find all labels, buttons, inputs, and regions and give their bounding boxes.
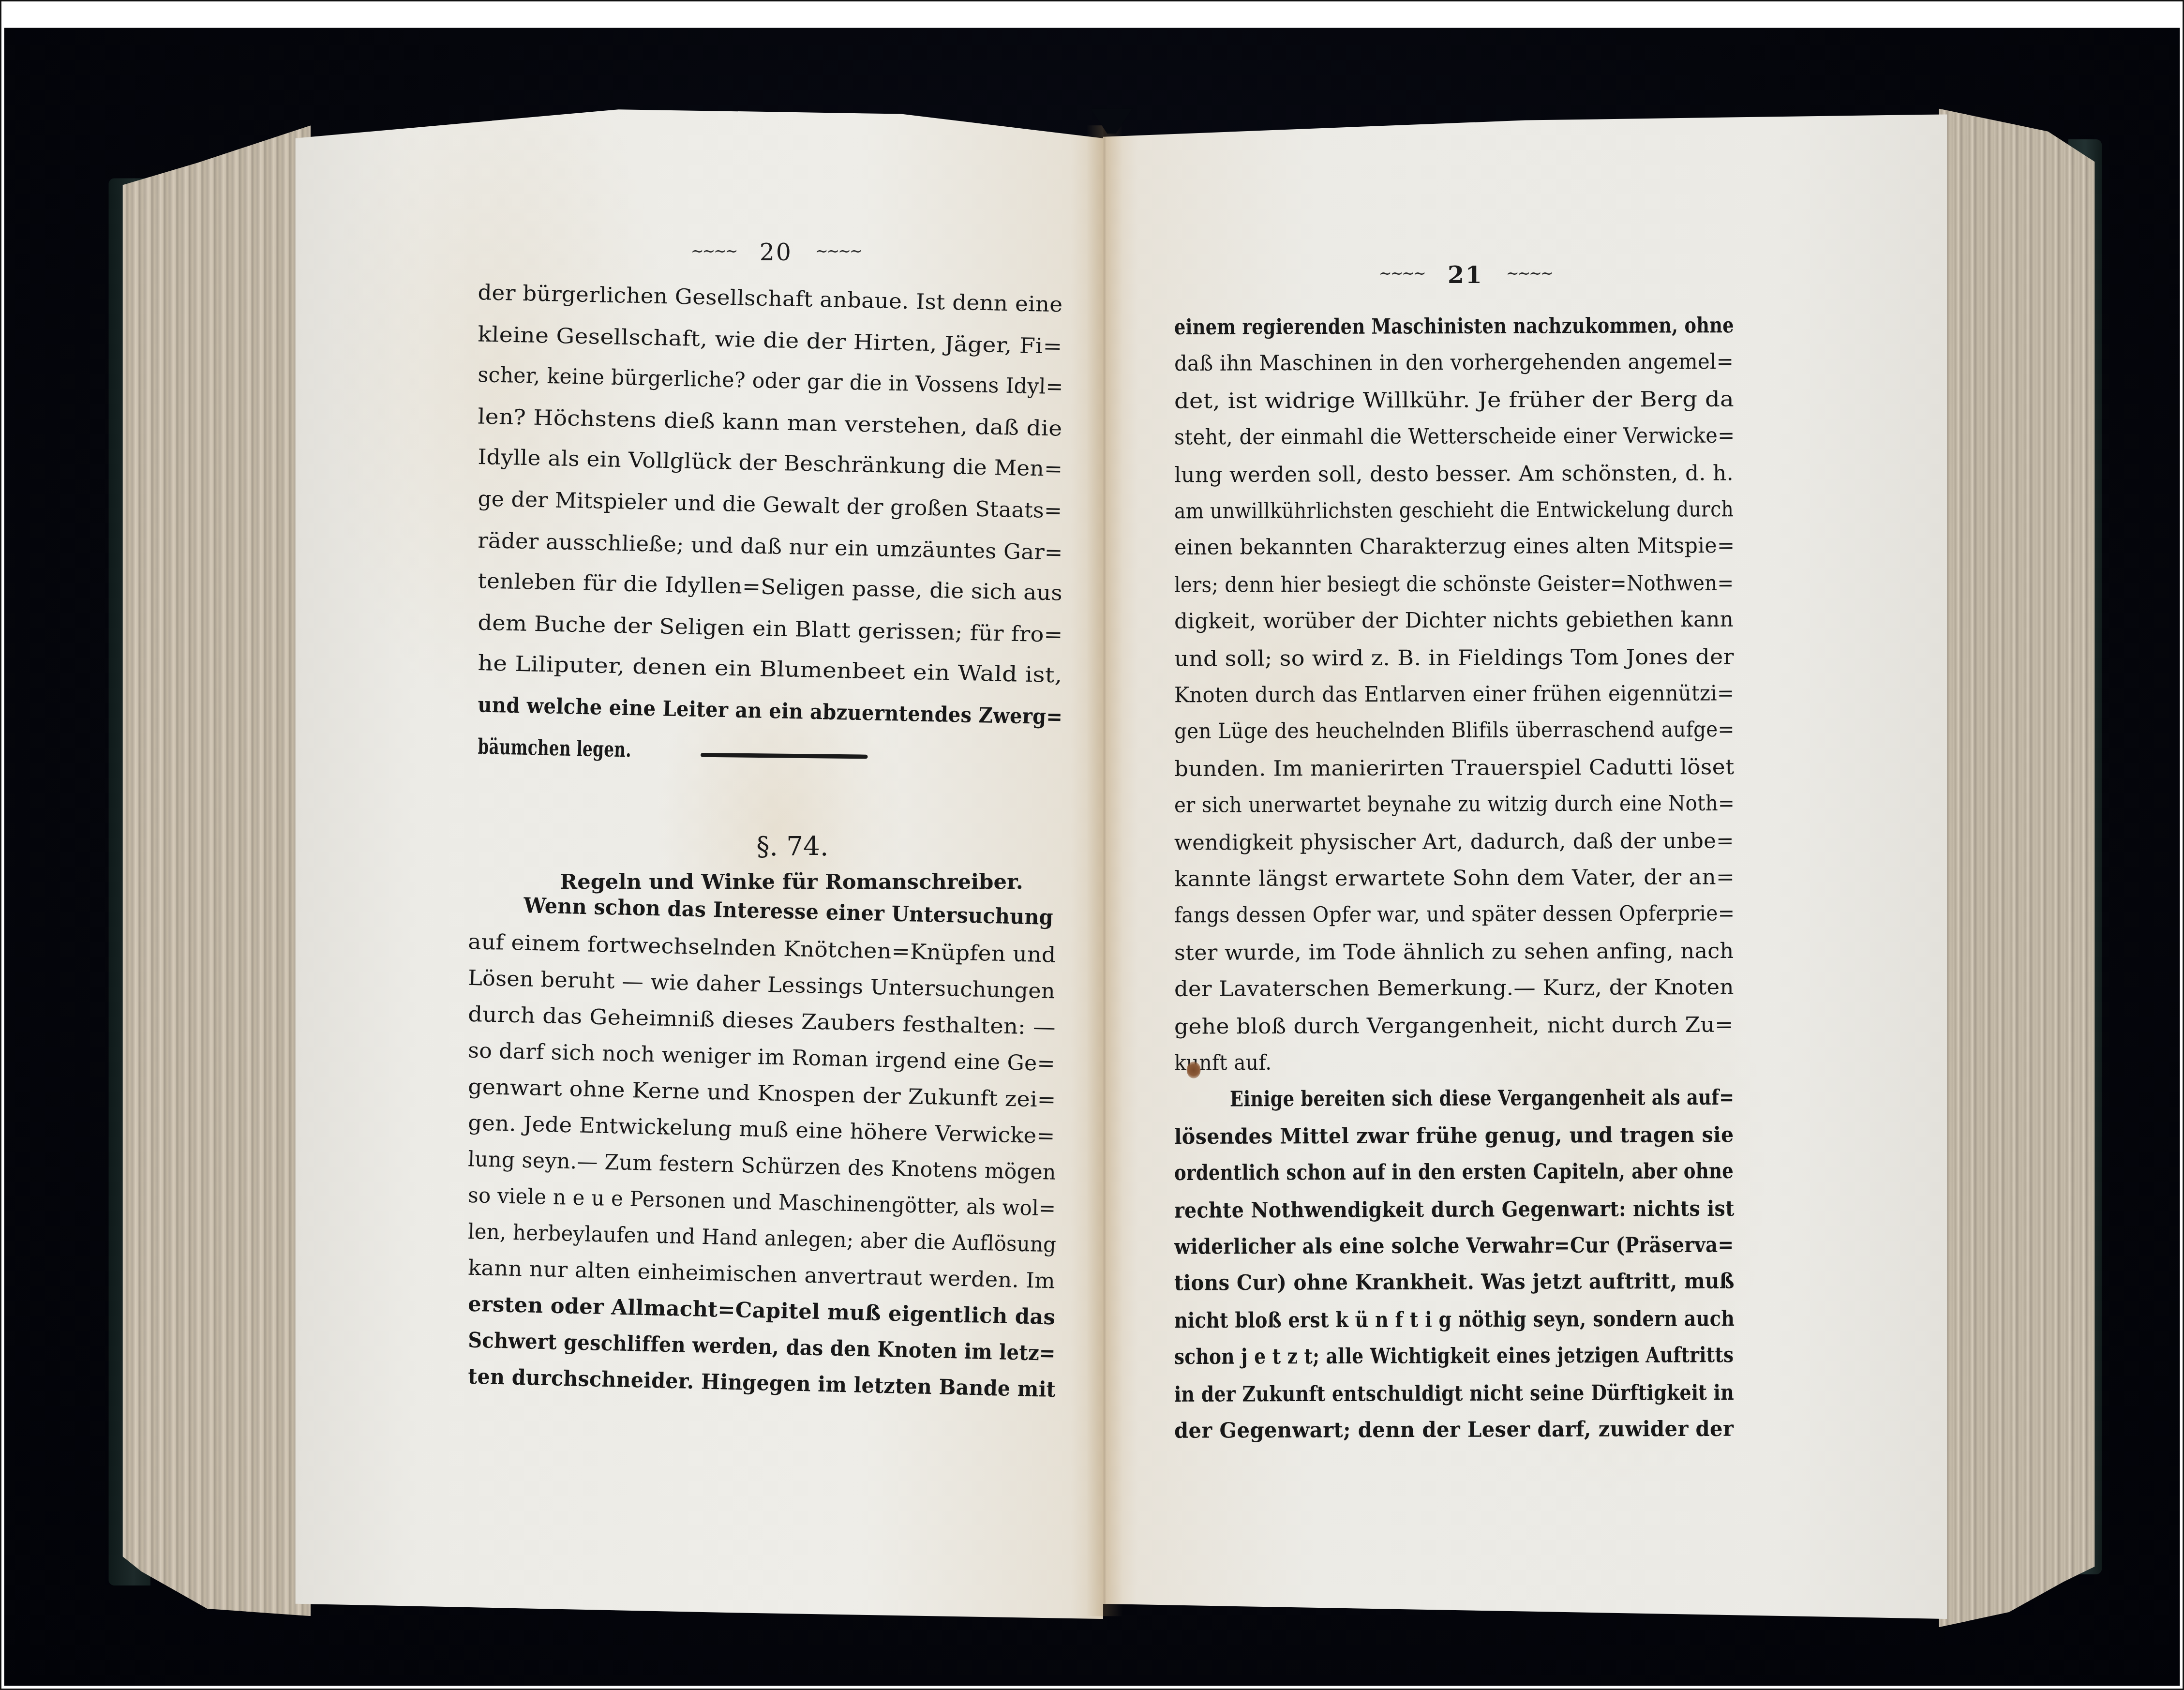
page-number-text: 20: [760, 239, 793, 268]
text-line: in der Zukunft entschuldigt nicht seine …: [1174, 1379, 1734, 1406]
text-line: digkeit, worüber der Dichter nichts gebi…: [1174, 607, 1734, 634]
text-line: ordentlich schon auf in den ersten Capit…: [1174, 1159, 1734, 1186]
text-line: widerlicher als eine solche Verwahr=Cur …: [1174, 1232, 1734, 1259]
ornament-icon: ~~~~: [691, 242, 737, 260]
photo-stage: ~~~~ 20 ~~~~ der bürgerlichen Gesellscha…: [0, 0, 2184, 1690]
text-line: und soll; so wird z. B. in Fieldings Tom…: [1174, 644, 1734, 671]
page-block-left-edge: [122, 125, 311, 1616]
text-line: der Lavaterschen Bemerkung.— Kurz, der K…: [1174, 975, 1734, 1002]
book-gutter: [1086, 125, 1122, 1616]
text-line: einem regierenden Maschinisten nachzukom…: [1174, 313, 1734, 340]
ornament-icon: ~~~~: [1379, 265, 1425, 283]
ornament-icon: ~~~~: [815, 242, 861, 260]
text-line: Knoten durch das Entlarven einer frühen …: [1174, 681, 1734, 708]
text-line: nicht bloß erst k ü n f t i g nöthig sey…: [1174, 1306, 1735, 1333]
section-title: Regeln und Winke für Romanschreiber.: [560, 869, 1023, 895]
text-line: lösendes Mittel zwar frühe genug, und tr…: [1174, 1122, 1734, 1149]
ornament-icon: ~~~~: [1506, 265, 1552, 283]
text-line: er sich unerwartet beynahe zu witzig dur…: [1174, 791, 1735, 818]
text-line: Einige bereiten sich diese Vergangenheit…: [1230, 1086, 1734, 1112]
text-line: daß ihn Maschinen in den vorhergehenden …: [1174, 350, 1734, 377]
section-number: §. 74.: [756, 832, 828, 862]
page-number-text: 21: [1448, 262, 1483, 290]
text-line: steht, der einmahl die Wetterscheide ein…: [1174, 423, 1735, 450]
text-line: rechte Nothwendigkeit durch Gegenwart: n…: [1174, 1196, 1735, 1223]
text-line: wendigkeit physischer Art, dadurch, daß …: [1174, 828, 1734, 855]
right-page-number: ~~~~ 21 ~~~~: [1379, 262, 1552, 290]
text-line: bäumchen legen.: [478, 733, 632, 762]
text-line: tions Cur) ohne Krankheit. Was jetzt auf…: [1174, 1269, 1735, 1296]
text-line: gen Lüge des heuchelnden Blifils überras…: [1174, 718, 1735, 745]
text-line: ster wurde, im Tode ähnlich zu sehen anf…: [1174, 938, 1734, 965]
ink-stain: [1187, 1062, 1201, 1078]
text-line: gehe bloß durch Vergangenheit, nicht dur…: [1174, 1012, 1734, 1039]
text-line: bunden. Im manierirten Trauerspiel Cadut…: [1174, 754, 1735, 781]
text-line: lers; denn hier besiegt die schönste Gei…: [1174, 570, 1734, 598]
text-line: det, ist widrige Willkühr. Je früher der…: [1174, 387, 1734, 414]
text-line: lung werden soll, desto besser. Am schön…: [1174, 460, 1734, 487]
text-line: am unwillkührlichsten geschieht die Entw…: [1174, 497, 1734, 524]
text-line: kannte längst erwartete Sohn dem Vater, …: [1174, 865, 1735, 892]
text-line: fangs dessen Opfer war, und später desse…: [1174, 901, 1735, 928]
page-block-right-edge: [1939, 109, 2094, 1628]
text-line: einen bekannten Charakterzug eines alten…: [1174, 534, 1735, 561]
left-page-number: ~~~~ 20 ~~~~: [691, 239, 861, 268]
text-line: schon j e t z t; alle Wichtigkeit eines …: [1174, 1343, 1734, 1370]
text-line: der Gegenwart; denn der Leser darf, zuwi…: [1174, 1416, 1734, 1443]
